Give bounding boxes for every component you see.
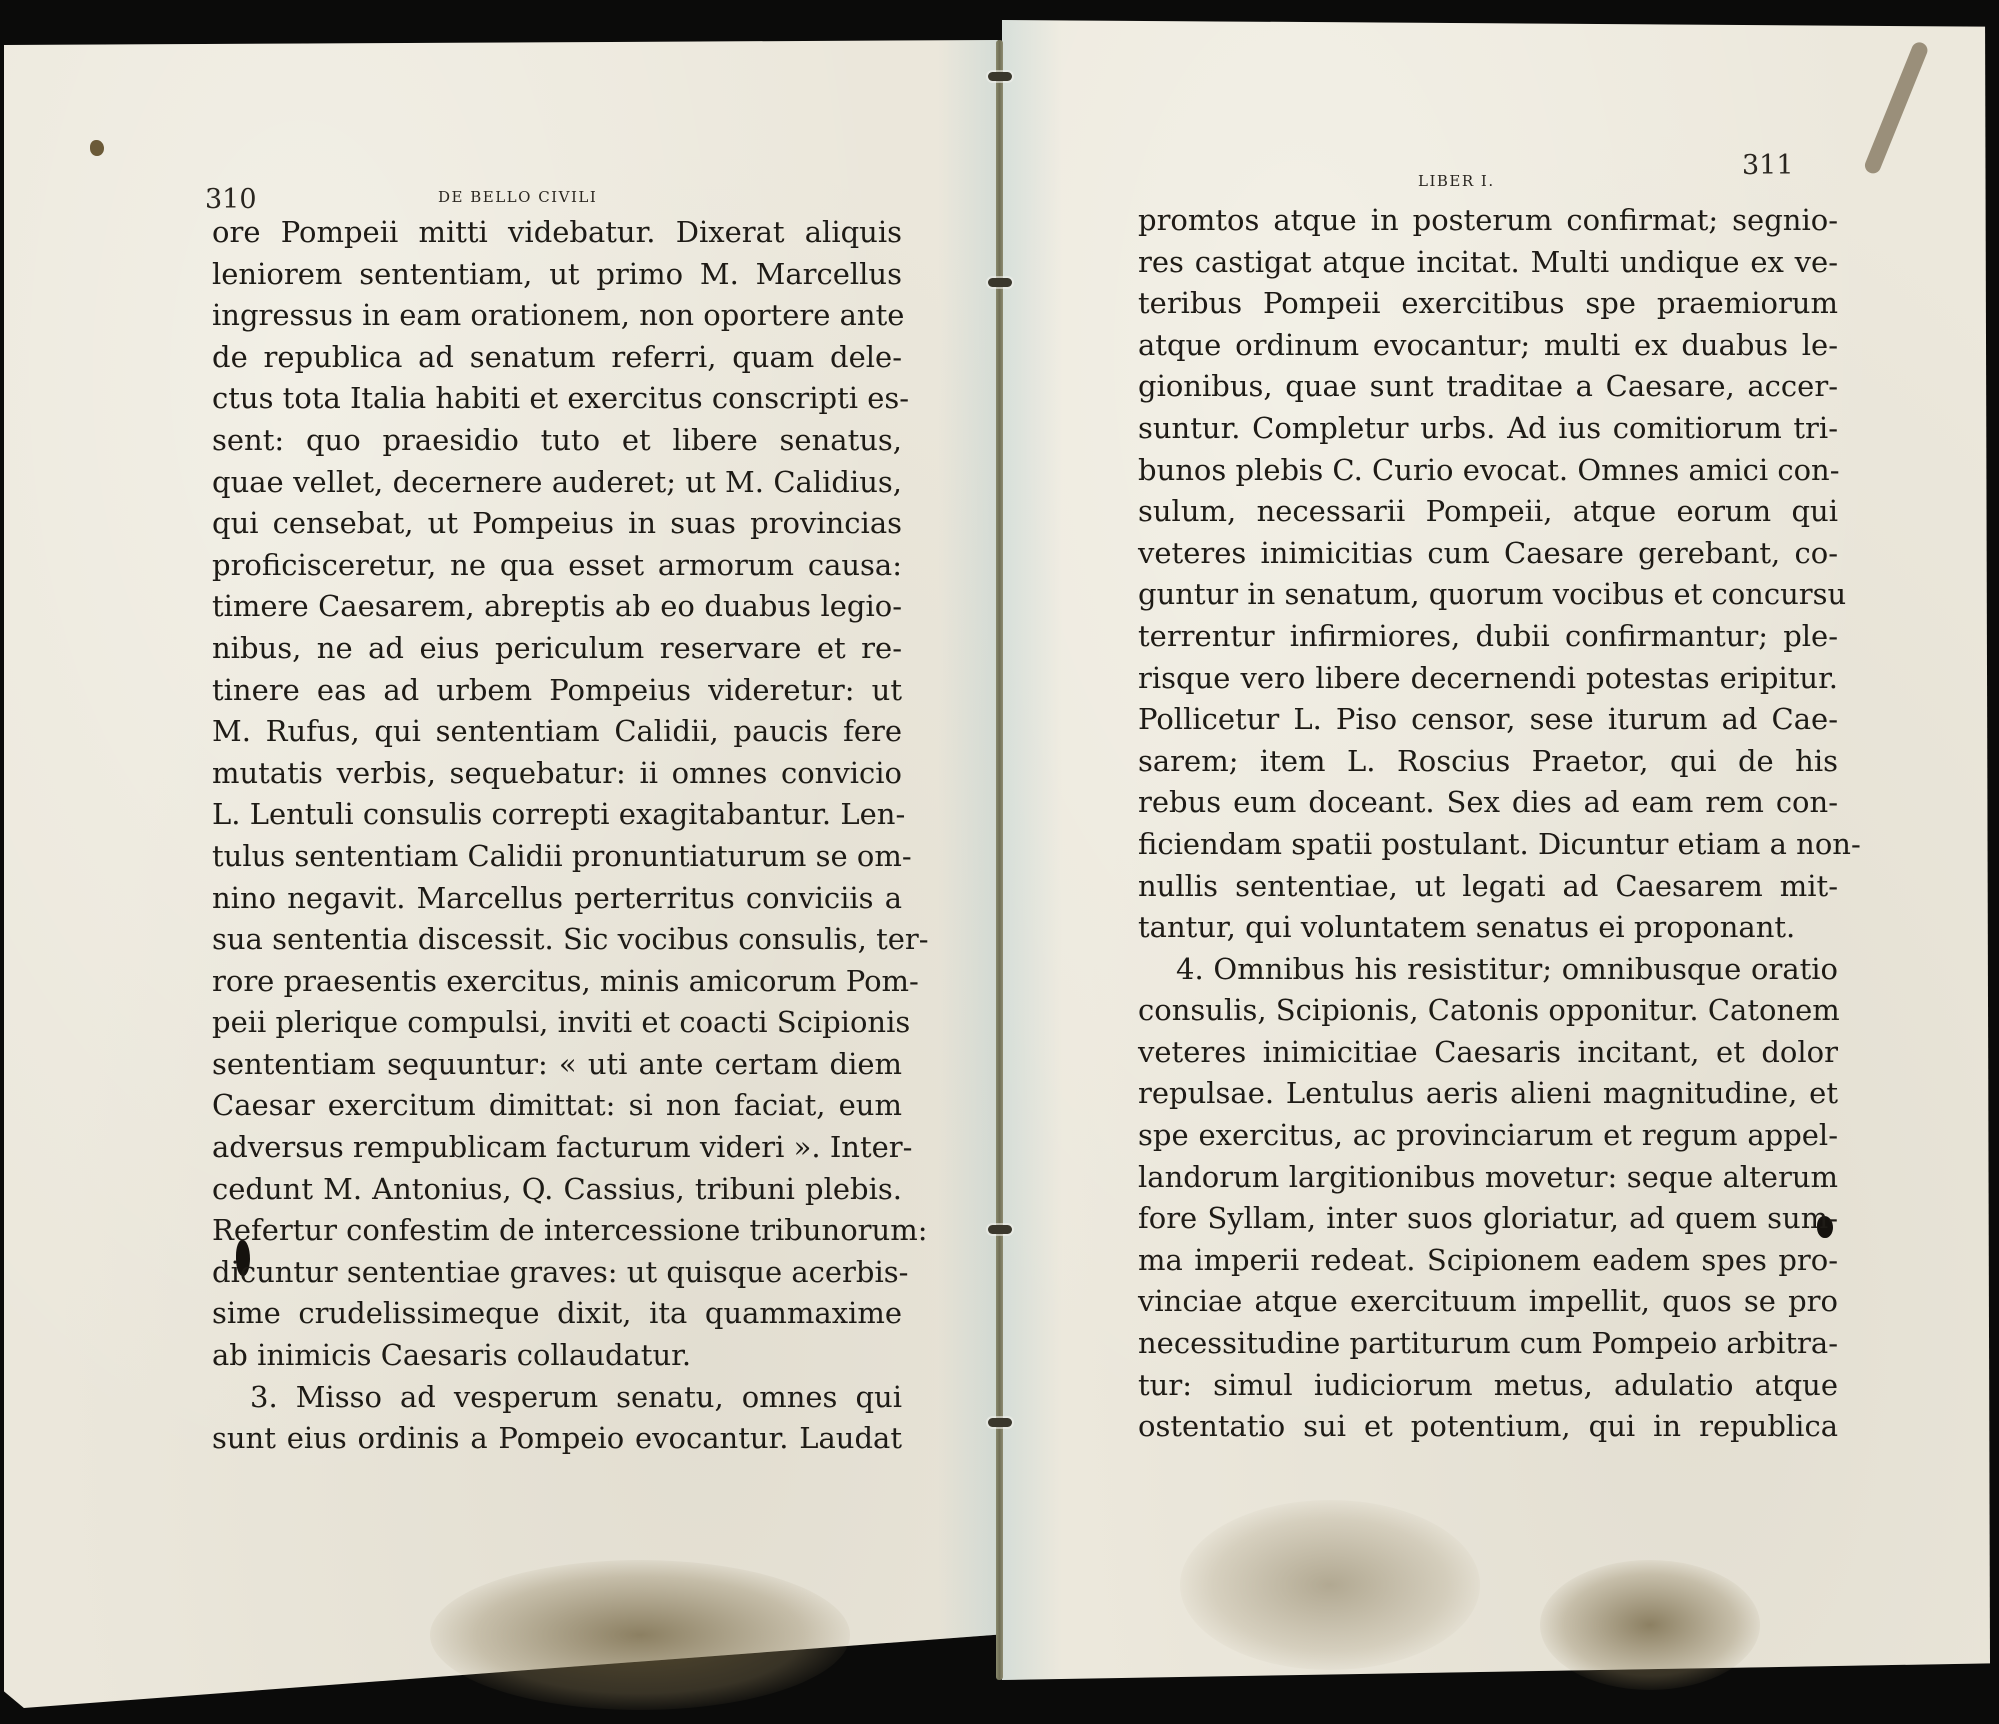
- text-line: Pollicetur L. Piso censor, sese iturum a…: [1138, 699, 1838, 741]
- water-stain: [1180, 1500, 1480, 1670]
- text-line: nino negavit. Marcellus perterritus conv…: [212, 878, 902, 920]
- text-line: sunt eius ordinis a Pompeio evocantur. L…: [212, 1418, 902, 1460]
- text-line: landorum largitionibus movetur: seque al…: [1138, 1157, 1838, 1199]
- text-line: ma imperii redeat. Scipionem eadem spes …: [1138, 1240, 1838, 1282]
- binding-stitch: [988, 1418, 1012, 1427]
- text-line: Refertur confestim de intercessione trib…: [212, 1210, 902, 1252]
- text-line: sulum, necessarii Pompeii, atque eorum q…: [1138, 491, 1838, 533]
- gutter-shadow: [1002, 20, 1062, 1680]
- text-line: terrentur infirmiores, dubii confirmantu…: [1138, 616, 1838, 658]
- text-line: sime crudelissimeque dixit, ita quammaxi…: [212, 1293, 902, 1335]
- text-line: veteres inimicitiae Caesaris incitant, e…: [1138, 1032, 1838, 1074]
- text-line: vinciae atque exercituum impellit, quos …: [1138, 1281, 1838, 1323]
- text-line: atque ordinum evocantur; multi ex duabus…: [1138, 325, 1838, 367]
- text-line: sua sententia discessit. Sic vocibus con…: [212, 919, 902, 961]
- gutter-shadow: [938, 40, 998, 1708]
- text-line: L. Lentuli consulis correpti exagitabant…: [212, 794, 902, 836]
- text-line: guntur in senatum, quorum vocibus et con…: [1138, 574, 1838, 616]
- text-line: Caesar exercitum dimittat: si non faciat…: [212, 1085, 902, 1127]
- text-line: teribus Pompeii exercitibus spe praemior…: [1138, 283, 1838, 325]
- text-line: tulus sententiam Calidii pronuntiaturum …: [212, 836, 902, 878]
- text-line: risque vero libere decernendi potestas e…: [1138, 658, 1838, 700]
- text-line: spe exercitus, ac provinciarum et regum …: [1138, 1115, 1838, 1157]
- text-line: tantur, qui voluntatem senatus ei propon…: [1138, 907, 1838, 949]
- binding-stitch: [988, 72, 1012, 81]
- left-page-text: ore Pompeii mitti videbatur. Dixerat ali…: [212, 212, 902, 1460]
- text-line: 3. Misso ad vesperum senatu, omnes qui: [212, 1377, 902, 1419]
- text-line: repulsae. Lentulus aeris alieni magnitud…: [1138, 1073, 1838, 1115]
- text-line: nullis sententiae, ut legati ad Caesarem…: [1138, 866, 1838, 908]
- text-line: dicuntur sententiae graves: ut quisque a…: [212, 1252, 902, 1294]
- text-line: tinere eas ad urbem Pompeius videretur: …: [212, 670, 902, 712]
- text-line: tur: simul iudiciorum metus, adulatio at…: [1138, 1365, 1838, 1407]
- text-line: cedunt M. Antonius, Q. Cassius, tribuni …: [212, 1169, 902, 1211]
- text-line: veteres inimicitias cum Caesare gerebant…: [1138, 533, 1838, 575]
- text-line: 4. Omnibus his resistitur; omnibusque or…: [1138, 949, 1838, 991]
- water-stain: [1540, 1560, 1760, 1690]
- text-line: ctus tota Italia habiti et exercitus con…: [212, 378, 902, 420]
- running-head-left: DE BELLO CIVILI: [438, 188, 597, 206]
- text-line: bunos plebis C. Curio evocat. Omnes amic…: [1138, 450, 1838, 492]
- text-line: suntur. Completur urbs. Ad ius comitioru…: [1138, 408, 1838, 450]
- text-line: sarem; item L. Roscius Praetor, qui de h…: [1138, 741, 1838, 783]
- text-line: ab inimicis Caesaris collaudatur.: [212, 1335, 902, 1377]
- ink-speck: [90, 140, 104, 156]
- water-stain: [430, 1560, 850, 1710]
- text-line: ingressus in eam orationem, non oportere…: [212, 295, 902, 337]
- text-line: quae vellet, decernere auderet; ut M. Ca…: [212, 462, 902, 504]
- text-line: M. Rufus, qui sententiam Calidii, paucis…: [212, 711, 902, 753]
- text-line: rore praesentis exercitus, minis amicoru…: [212, 961, 902, 1003]
- text-line: qui censebat, ut Pompeius in suas provin…: [212, 503, 902, 545]
- text-line: leniorem sententiam, ut primo M. Marcell…: [212, 254, 902, 296]
- running-head-right: LIBER I.: [1418, 172, 1495, 190]
- text-line: gionibus, quae sunt traditae a Caesare, …: [1138, 366, 1838, 408]
- text-line: ficiendam spatii postulant. Dicuntur eti…: [1138, 824, 1838, 866]
- text-line: mutatis verbis, sequebatur: ii omnes con…: [212, 753, 902, 795]
- text-line: adversus rempublicam facturum videri ». …: [212, 1127, 902, 1169]
- right-page-text: promtos atque in posterum confirmat; seg…: [1138, 200, 1838, 1448]
- page-number-left: 310: [205, 184, 257, 215]
- text-line: ostentatio sui et potentium, qui in repu…: [1138, 1406, 1838, 1448]
- text-line: peii plerique compulsi, inviti et coacti…: [212, 1002, 902, 1044]
- text-line: sententiam sequuntur: « uti ante certam …: [212, 1044, 902, 1086]
- text-line: fore Syllam, inter suos gloriatur, ad qu…: [1138, 1198, 1838, 1240]
- text-line: de republica ad senatum referri, quam de…: [212, 337, 902, 379]
- text-line: timere Caesarem, abreptis ab eo duabus l…: [212, 586, 902, 628]
- text-line: necessitudine partiturum cum Pompeio arb…: [1138, 1323, 1838, 1365]
- text-line: promtos atque in posterum confirmat; seg…: [1138, 200, 1838, 242]
- text-line: nibus, ne ad eius periculum reservare et…: [212, 628, 902, 670]
- text-line: consulis, Scipionis, Catonis opponitur. …: [1138, 990, 1838, 1032]
- binding-stitch: [988, 1225, 1012, 1234]
- text-line: res castigat atque incitat. Multi undiqu…: [1138, 242, 1838, 284]
- text-line: rebus eum doceant. Sex dies ad eam rem c…: [1138, 782, 1838, 824]
- page-number-right: 311: [1742, 150, 1794, 181]
- binding-stitch: [988, 278, 1012, 287]
- text-line: ore Pompeii mitti videbatur. Dixerat ali…: [212, 212, 902, 254]
- text-line: proficisceretur, ne qua esset armorum ca…: [212, 545, 902, 587]
- text-line: sent: quo praesidio tuto et libere senat…: [212, 420, 902, 462]
